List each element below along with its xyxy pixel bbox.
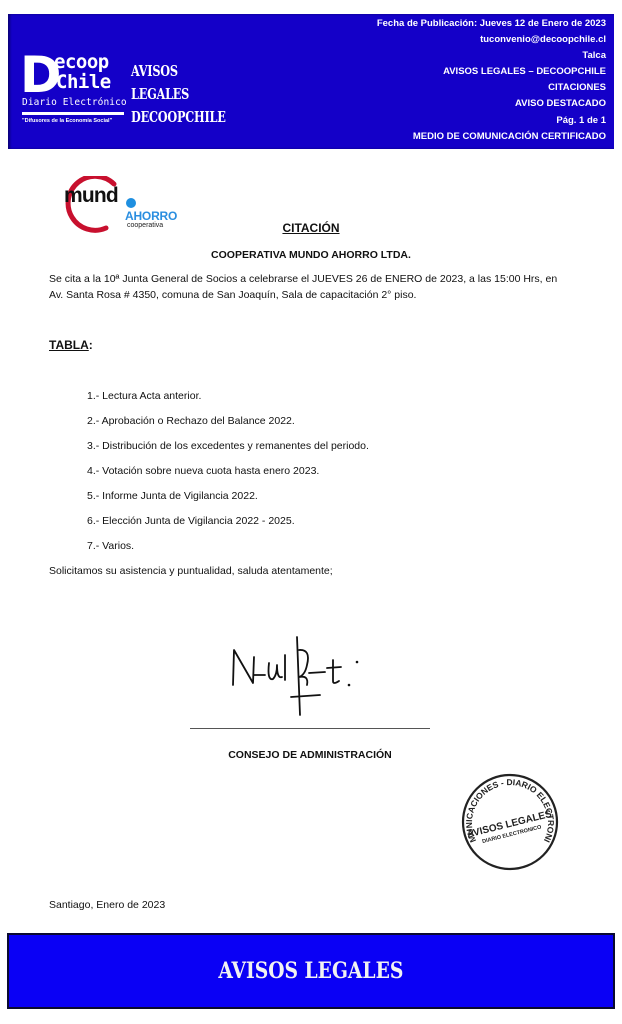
agenda-heading: TABLA: — [49, 338, 93, 352]
intro-line: Av. Santa Rosa # 4350, comuna de San Joa… — [49, 287, 589, 303]
document-title: CITACIÓN — [0, 221, 622, 235]
agenda-heading-colon: : — [89, 338, 93, 352]
signatory: CONSEJO DE ADMINISTRACIÓN — [190, 749, 430, 761]
agenda-item: 5.- Informe Junta de Vigilancia 2022. — [87, 489, 369, 514]
logo-line-2: Chile — [56, 72, 111, 92]
agenda-item: 2.- Aprobación o Rechazo del Balance 202… — [87, 414, 369, 439]
place-and-date: Santiago, Enero de 2023 — [49, 899, 165, 911]
publication-meta: Fecha de Publicación: Jueves 12 de Enero… — [377, 16, 606, 145]
category: CITACIONES — [377, 80, 606, 96]
agenda-item: 1.- Lectura Acta anterior. — [87, 389, 369, 414]
closing-text: Solicitamos su asistencia y puntualidad,… — [49, 565, 333, 577]
logo-divider — [22, 112, 124, 115]
section-name: AVISOS LEGALES – DECOOPCHILE — [377, 64, 606, 80]
logo-word: mund — [64, 184, 118, 208]
organization-name: COOPERATIVA MUNDO AHORRO LTDA. — [0, 249, 622, 261]
footer-title: AVISOS LEGALES — [218, 958, 403, 984]
intro-line: Se cita a la 10ª Junta General de Socios… — [49, 271, 589, 287]
agenda-heading-text: TABLA — [49, 338, 89, 352]
logo-subtitle: Diario Electrónico — [22, 97, 127, 109]
logo-line-1: ecoop — [54, 52, 109, 72]
agenda-item: 3.- Distribución de los excedentes y rem… — [87, 439, 369, 464]
logo-slogan: "Difusores de la Economía Social" — [22, 118, 112, 124]
certification: MEDIO DE COMUNICACIÓN CERTIFICADO — [377, 129, 606, 145]
footer-banner: AVISOS LEGALES — [7, 933, 615, 1009]
brand-line: LEGALES — [131, 83, 226, 106]
notice-type: AVISO DESTACADO — [377, 96, 606, 112]
header-banner: D ecoop Chile Diario Electrónico "Difuso… — [8, 14, 614, 149]
brand-line: DECOOPCHILE — [131, 106, 226, 129]
decoopchile-logo: D ecoop Chile Diario Electrónico "Difuso… — [20, 50, 126, 136]
agenda-item: 4.- Votación sobre nueva cuota hasta ene… — [87, 464, 369, 489]
agenda-item: 7.- Varios. — [87, 539, 369, 564]
stamp-seal-icon: COMUNICACIONES - DIARIO ELECTRONICO AVIS… — [460, 772, 560, 872]
brand-line: AVISOS — [131, 60, 226, 83]
contact-email[interactable]: tuconvenio@decoopchile.cl — [377, 32, 606, 48]
logo-dot-icon — [126, 198, 136, 208]
agenda-item: 6.- Elección Junta de Vigilancia 2022 - … — [87, 514, 369, 539]
signature-image — [225, 635, 395, 720]
page-number: Pág. 1 de 1 — [377, 113, 606, 129]
intro-paragraph: Se cita a la 10ª Junta General de Socios… — [49, 271, 589, 303]
brand-title: AVISOS LEGALES DECOOPCHILE — [131, 60, 226, 129]
agenda-list: 1.- Lectura Acta anterior. 2.- Aprobació… — [87, 389, 369, 564]
publication-date: Fecha de Publicación: Jueves 12 de Enero… — [377, 16, 606, 32]
city: Talca — [377, 48, 606, 64]
signature-line — [190, 728, 430, 729]
